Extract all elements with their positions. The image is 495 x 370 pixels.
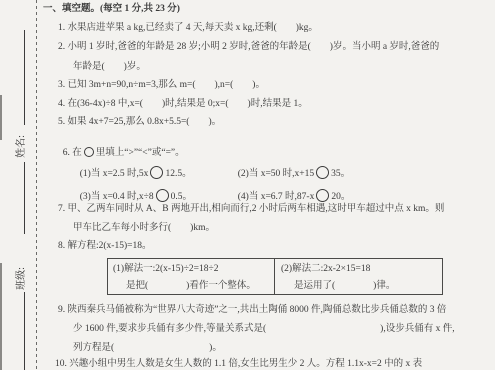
- question-6-item-3: (3)当 x=0.4 时,x÷80.5。: [75, 177, 192, 203]
- question-7-line-1: 7. 甲、乙两车同时从 A、B 两地开出,相向而行,2 小时后两车相遇,这时甲车…: [58, 203, 444, 215]
- item-text: (4)当 x=6.7 时,87-x: [238, 192, 315, 202]
- question-2-line-2: 年龄是( )岁。: [73, 61, 146, 73]
- question-9-line-1: 9. 陕西秦兵马俑被称为“世界八大奇迹”之一,共出土陶俑 8000 件,陶俑总数…: [58, 304, 446, 316]
- circle-blank-icon: [156, 189, 169, 202]
- name-label: 姓名:: [6, 129, 32, 163]
- question-9-line-3: 列方程是( )。: [73, 342, 222, 354]
- item-text: 0.5。: [171, 192, 192, 202]
- name-label-text: 姓名:: [12, 135, 27, 158]
- circle-blank-icon: [316, 189, 329, 202]
- method-2-line-2: 是运用了( )律。: [294, 280, 395, 292]
- method-2-line-1: (2)解法二:2x-2×15=18: [281, 263, 370, 275]
- name-write-line-2: [24, 162, 25, 234]
- question-1: 1. 水果店进苹果 a kg,已经卖了 4 天,每天卖 x kg,还剩( )kg…: [58, 22, 318, 34]
- section-title: 一、填空题。(每空 1 分,共 23 分): [43, 3, 180, 15]
- question-10: 10. 兴趣小组中男生人数是女生人数的 1.1 倍,女生比男生少 2 人。方程 …: [55, 358, 422, 370]
- question-8: 8. 解方程:2(x-15)=18。: [58, 240, 152, 252]
- question-4: 4. 在(36-4x)÷8 中,x=( )时,结果是 0;x=( )时,结果是 …: [58, 98, 308, 110]
- question-6-item-4: (4)当 x=6.7 时,87-x20。: [233, 177, 350, 203]
- question-5: 5. 如果 4x+7=25,那么 0.8x+5.5=( )。: [58, 116, 221, 128]
- class-label-text: 班级:: [12, 267, 27, 290]
- method-1-line-2: 是把( )看作一个整体。: [126, 280, 256, 292]
- method-1-line-1: (1)解法一:2(x-15)÷2=18÷2: [113, 263, 219, 275]
- page-edge-line: [0, 95, 2, 140]
- question-7-line-2: 甲车比乙车每小时多行( )km。: [73, 222, 215, 234]
- item-text: 20。: [331, 192, 350, 202]
- class-write-line: [24, 292, 25, 370]
- name-write-line: [24, 30, 25, 125]
- question-2-line-1: 2. 小明 1 岁时,爸爸的年龄是 28 岁;小明 2 岁时,爸爸的年龄是( )…: [58, 41, 439, 53]
- question-9-line-2: 少 1600 件,要求步兵俑有多少件,等量关系式是( ),设步兵俑有 x 件,: [73, 323, 455, 335]
- page-edge-line: [0, 263, 2, 370]
- solution-box: (1)解法一:2(x-15)÷2=18÷2 是把( )看作一个整体。 (2)解法…: [107, 258, 443, 295]
- exam-paper-page: { "margin": { "name_label": "姓名:", "clas…: [0, 0, 495, 370]
- class-label: 班级:: [6, 261, 32, 295]
- question-3: 3. 已知 3m+n=90,n÷m=3,那么 m=( ),n=( )。: [58, 79, 265, 91]
- solution-method-1: (1)解法一:2(x-15)÷2=18÷2 是把( )看作一个整体。: [108, 259, 275, 294]
- solution-method-2: (2)解法二:2x-2×15=18 是运用了( )律。: [275, 259, 442, 294]
- binding-dashed-line: [36, 0, 37, 370]
- item-text: (3)当 x=0.4 时,x÷8: [80, 192, 154, 202]
